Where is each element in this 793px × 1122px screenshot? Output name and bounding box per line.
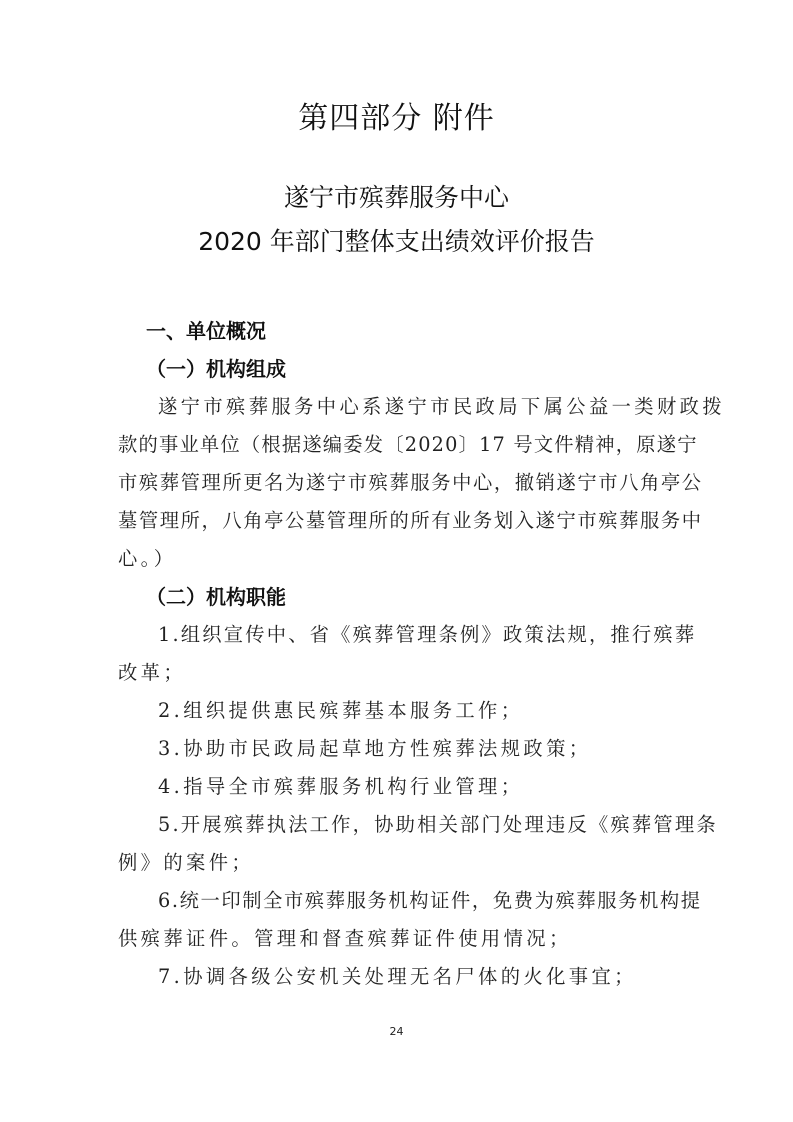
report-title-line-2: 2020 年部门整体支出绩效评价报告 [0,220,793,264]
function-item-5: 5.开展殡葬执法工作，协助相关部门处理违反《殡葬管理条 例》的案件； [118,806,693,882]
organization-paragraph: 遂宁市殡葬服务中心系遂宁市民政局下属公益一类财政拨 款的事业单位（根据遂编委发〔… [118,388,693,578]
list-item-line: 供殡葬证件。管理和督查殡葬证件使用情况； [118,920,693,958]
list-item-line: 6.统一印制全市殡葬服务机构证件，免费为殡葬服务机构提 [118,882,693,920]
subsection-heading-functions: （二）机构职能 [118,578,693,616]
subsection-heading-organization: （一）机构组成 [118,350,693,388]
report-title-line-1: 遂宁市殡葬服务中心 [0,176,793,220]
page-number: 24 [0,1025,793,1038]
list-item-line: 7.协调各级公安机关处理无名尸体的火化事宜； [118,958,693,996]
list-item-line: 例》的案件； [118,844,693,882]
part-title: 第四部分 附件 [0,97,793,141]
report-title: 遂宁市殡葬服务中心 2020 年部门整体支出绩效评价报告 [0,176,793,264]
functions-list: 1.组织宣传中、省《殡葬管理条例》政策法规，推行殡葬 改革； 2.组织提供惠民殡… [118,616,693,996]
paragraph-line: 款的事业单位（根据遂编委发〔2020〕17 号文件精神，原遂宁 [118,426,693,464]
list-item-line: 1.组织宣传中、省《殡葬管理条例》政策法规，推行殡葬 [118,616,693,654]
list-item-line: 改革； [118,654,693,692]
document-body: 一、单位概况 （一）机构组成 遂宁市殡葬服务中心系遂宁市民政局下属公益一类财政拨… [118,312,693,996]
function-item-3: 3.协助市民政局起草地方性殡葬法规政策； [118,730,693,768]
list-item-line: 3.协助市民政局起草地方性殡葬法规政策； [118,730,693,768]
section-heading-unit-overview: 一、单位概况 [118,312,693,350]
paragraph-line: 墓管理所，八角亭公墓管理所的所有业务划入遂宁市殡葬服务中 [118,502,693,540]
function-item-2: 2.组织提供惠民殡葬基本服务工作； [118,692,693,730]
paragraph-line: 遂宁市殡葬服务中心系遂宁市民政局下属公益一类财政拨 [118,388,693,426]
function-item-1: 1.组织宣传中、省《殡葬管理条例》政策法规，推行殡葬 改革； [118,616,693,692]
paragraph-line: 心。） [118,540,693,578]
list-item-line: 2.组织提供惠民殡葬基本服务工作； [118,692,693,730]
function-item-4: 4.指导全市殡葬服务机构行业管理； [118,768,693,806]
paragraph-line: 市殡葬管理所更名为遂宁市殡葬服务中心，撤销遂宁市八角亭公 [118,464,693,502]
list-item-line: 5.开展殡葬执法工作，协助相关部门处理违反《殡葬管理条 [118,806,693,844]
list-item-line: 4.指导全市殡葬服务机构行业管理； [118,768,693,806]
function-item-6: 6.统一印制全市殡葬服务机构证件，免费为殡葬服务机构提 供殡葬证件。管理和督查殡… [118,882,693,958]
function-item-7: 7.协调各级公安机关处理无名尸体的火化事宜； [118,958,693,996]
